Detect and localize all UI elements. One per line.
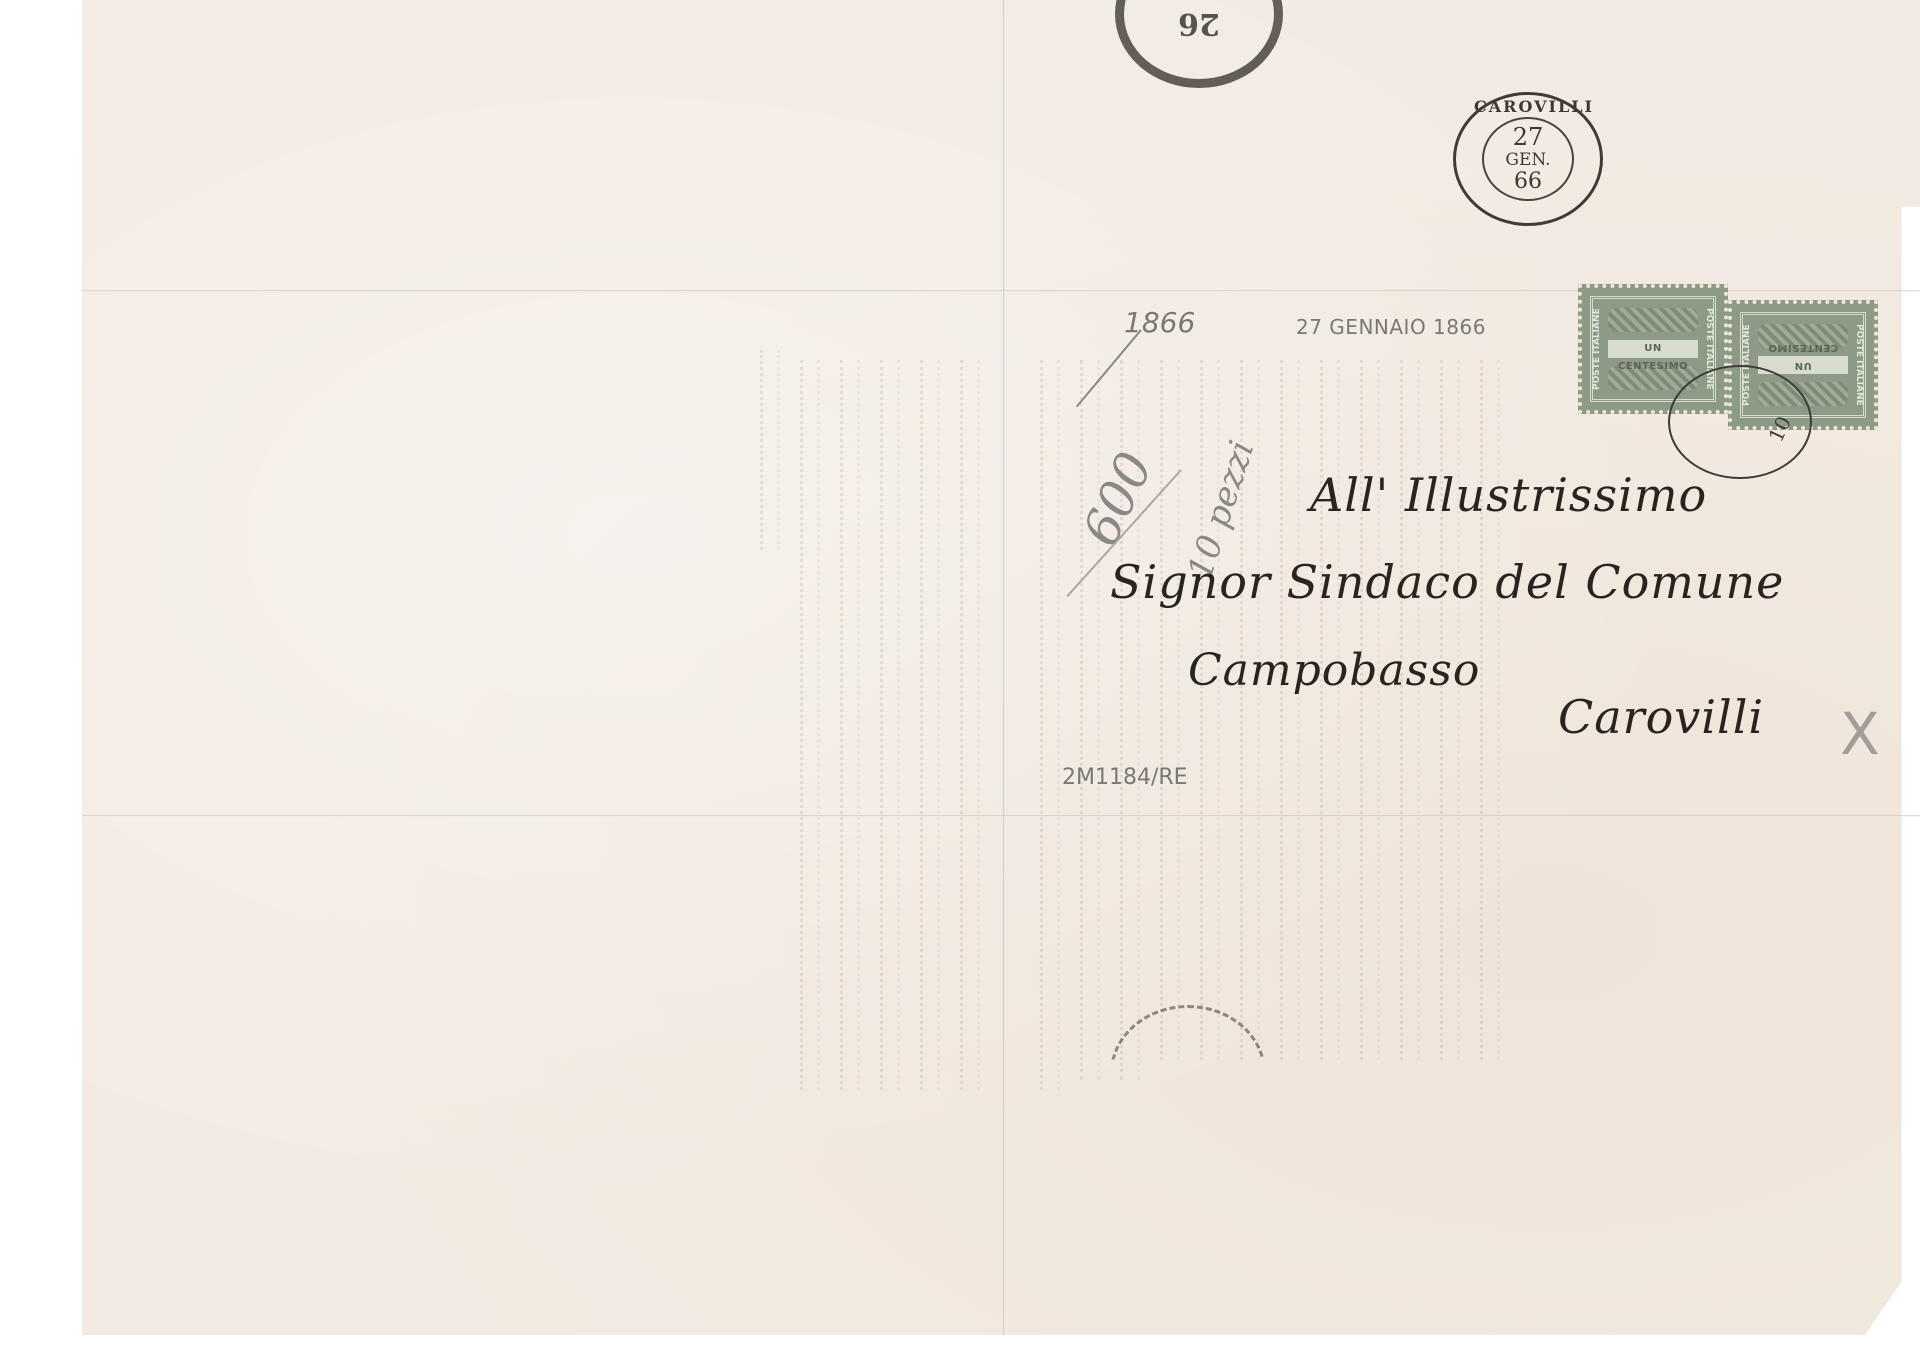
- address-line-1: All' Illustrissimo: [1310, 468, 1707, 522]
- pencil-date: 27 GENNAIO 1866: [1296, 315, 1486, 339]
- postmark-town: CAROVILLI: [1474, 97, 1582, 116]
- stamp-value-label: UN CENTESIMO: [1608, 340, 1698, 358]
- pencil-x-mark: X: [1840, 700, 1880, 768]
- vertical-fold: [1003, 0, 1005, 1335]
- postmark-day: 27: [1456, 123, 1600, 151]
- letter-sheet: [82, 0, 1920, 1335]
- address-line-3: Campobasso: [1188, 645, 1480, 696]
- address-line-4: Carovilli: [1558, 690, 1764, 744]
- address-line-2: Signor Sindaco del Comune: [1110, 555, 1784, 609]
- inventory-code: 2M1184/RE: [1062, 765, 1188, 790]
- horizontal-fold-lower: [82, 815, 1920, 817]
- postmark-month: GEN.: [1456, 150, 1600, 170]
- stamp-cancel-postmark: 10: [1668, 365, 1812, 479]
- transit-postmark-day: 26: [1124, 6, 1274, 41]
- postmark-year: 66: [1456, 169, 1600, 194]
- origin-postmark-carovilli: CAROVILLI 27 GEN. 66: [1453, 92, 1603, 226]
